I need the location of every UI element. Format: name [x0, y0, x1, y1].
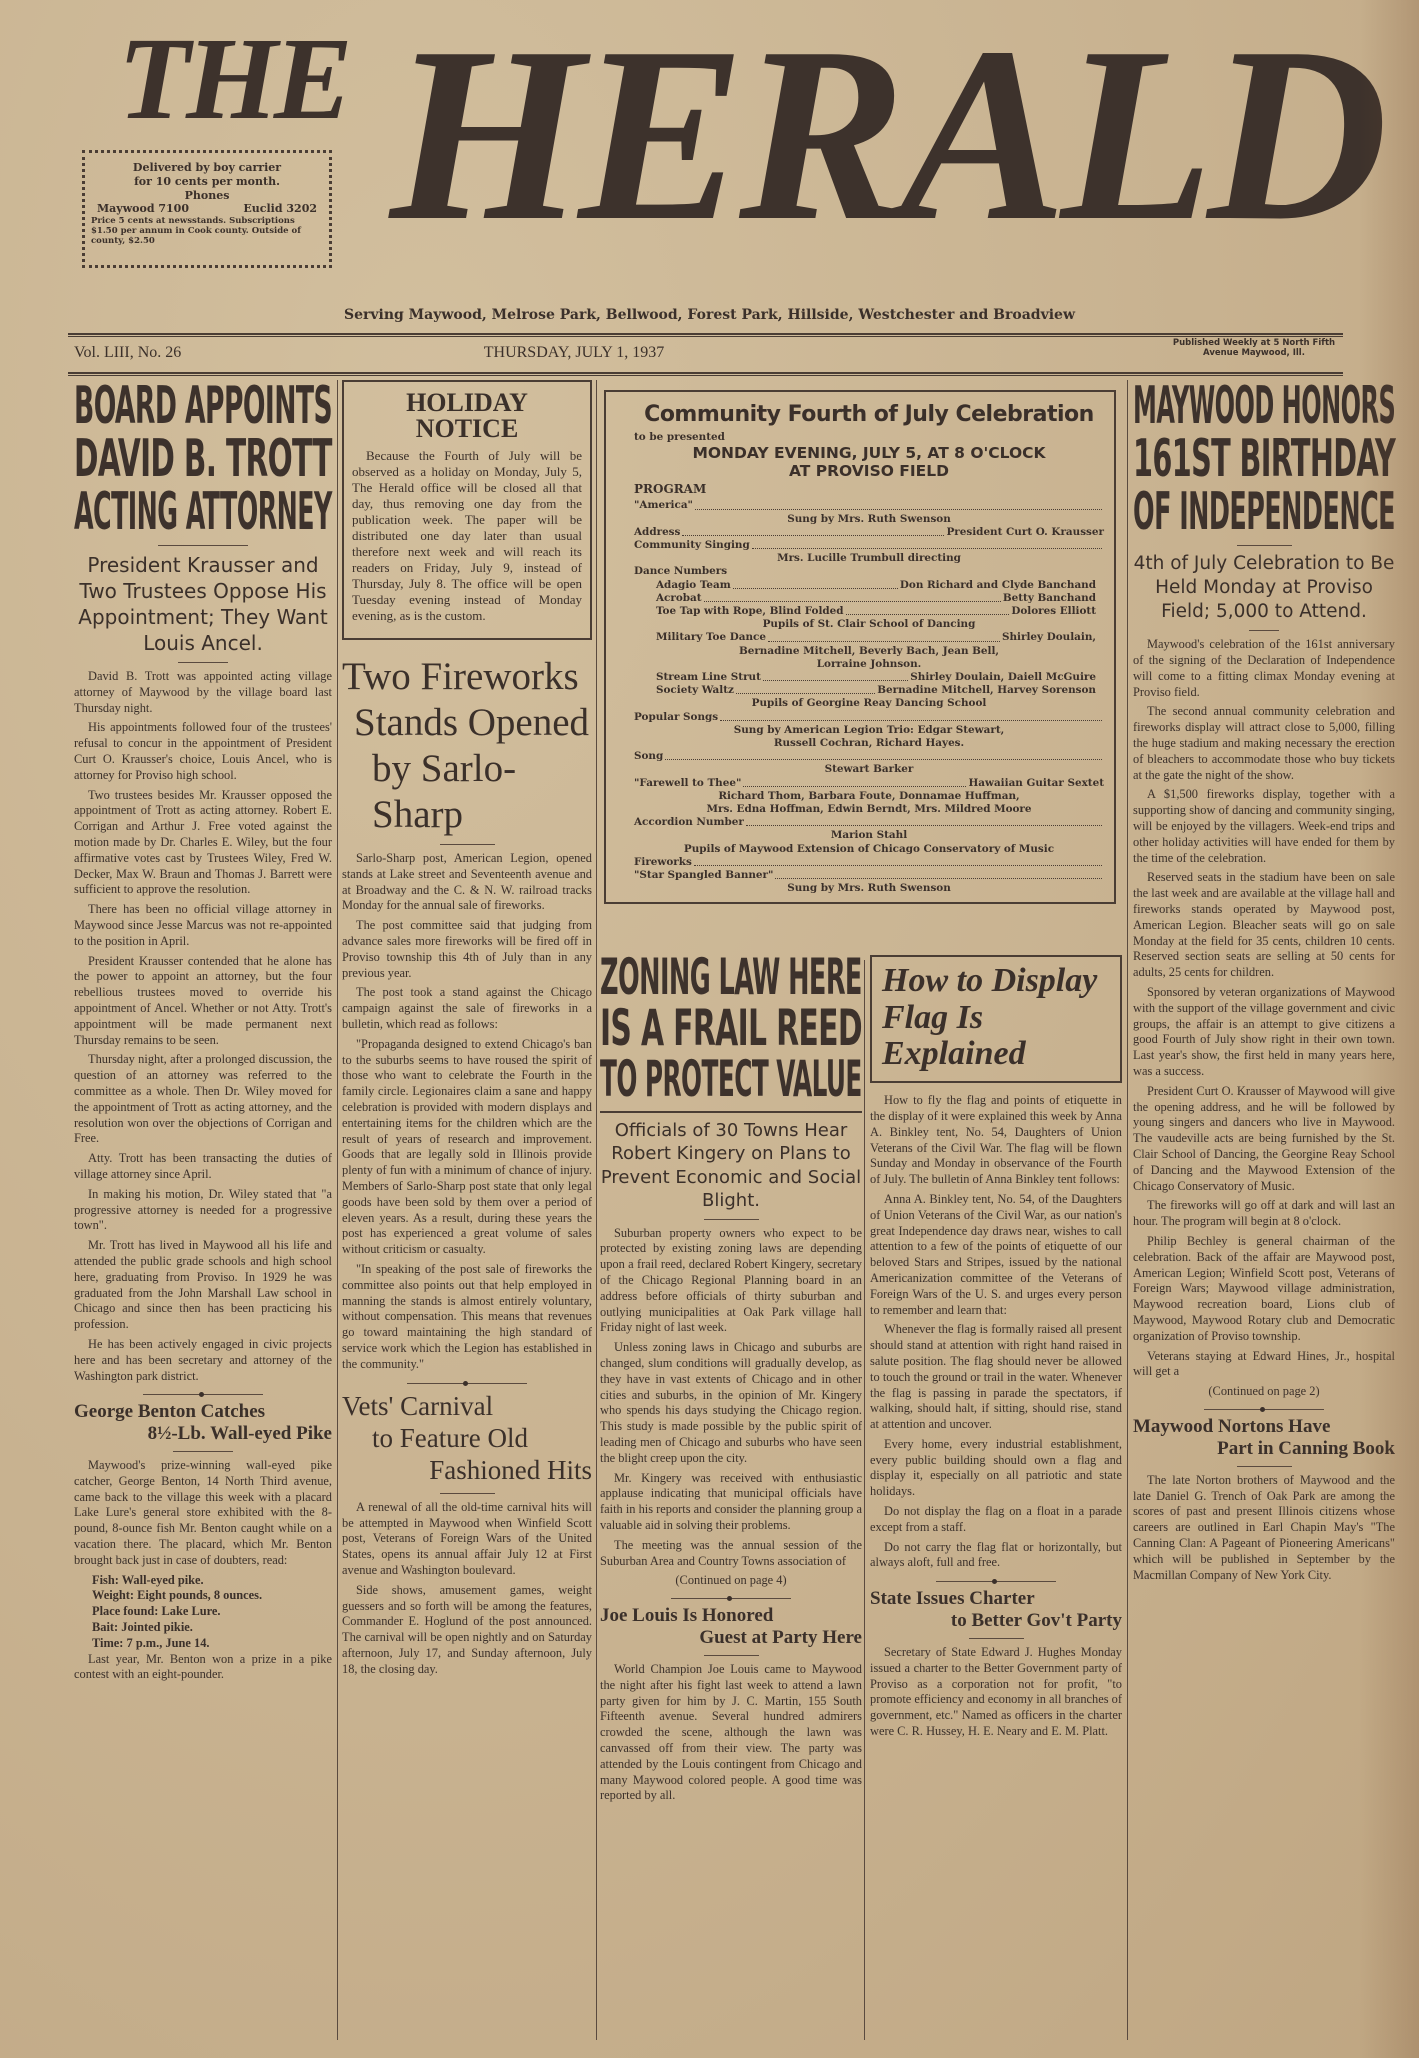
paragraph: A $1,500 fireworks display, together wit…: [1133, 787, 1395, 866]
headline-board-appoints: BOARD APPOINTSDAVID B. TROTTACTING ATTOR…: [74, 380, 332, 539]
paragraph: How to fly the flag and points of etique…: [870, 1093, 1122, 1188]
divider: [440, 1493, 495, 1494]
program-item-label: Community Singing: [634, 539, 750, 552]
paragraph: The second annual community celebration …: [1133, 704, 1395, 783]
paragraph: Side shows, amusement games, weight gues…: [342, 1583, 592, 1678]
program-item: Sung by Mrs. Ruth Swenson: [634, 513, 1104, 526]
paragraph: "Propaganda designed to extend Chicago's…: [342, 1037, 592, 1258]
publication-info: Published Weekly at 5 North Fifth Avenue…: [1164, 338, 1344, 358]
headline-line: Fashioned Hits: [342, 1454, 592, 1486]
column-rule: [337, 380, 338, 2040]
title-line: NOTICE: [352, 416, 582, 442]
divider: [407, 1383, 527, 1384]
program-item-label: "America": [634, 499, 693, 512]
divider: [158, 545, 248, 546]
program-item: "America": [634, 499, 1104, 512]
paragraph: Maywood's prize-winning wall-eyed pike c…: [74, 1458, 332, 1569]
divider: [1204, 1409, 1324, 1410]
headline-line: 8½-Lb. Wall-eyed Pike: [74, 1423, 332, 1445]
paragraph: He has been actively engaged in civic pr…: [74, 1337, 332, 1384]
divider: [704, 1655, 759, 1656]
program-item: Russell Cochran, Richard Hayes.: [634, 737, 1104, 750]
article-body: Maywood's celebration of the 161st anniv…: [1133, 637, 1395, 1380]
program-item: "Star Spangled Banner": [634, 869, 1104, 882]
headline-line: State Issues Charter: [870, 1588, 1122, 1610]
program-item-performer: Betty Banchand: [1003, 592, 1096, 605]
program-item: AddressPresident Curt O. Krausser: [634, 526, 1104, 539]
program-item: Marion Stahl: [634, 829, 1104, 842]
headline-line: ZONING LAW HERE: [600, 952, 862, 1003]
paragraph: Anna A. Binkley tent, No. 54, of the Dau…: [870, 1192, 1122, 1318]
paragraph: "In speaking of the post sale of firewor…: [342, 1262, 592, 1373]
article-body: Secretary of State Edward J. Hughes Mond…: [870, 1645, 1122, 1740]
page-edge-shadow: [1359, 0, 1419, 2058]
program-item: Sung by American Legion Trio: Edgar Stew…: [634, 724, 1104, 737]
placard-list: Fish: Wall-eyed pike.Weight: Eight pound…: [74, 1573, 332, 1652]
headline-line: Explained: [882, 1036, 1110, 1073]
issue-date: THURSDAY, JULY 1, 1937: [74, 344, 1074, 362]
headline-line: Stands Opened: [342, 700, 592, 746]
paragraph: Maywood's celebration of the 161st anniv…: [1133, 637, 1395, 700]
program-item: Richard Thom, Barbara Foute, Donnamae Hu…: [634, 790, 1104, 803]
holiday-notice-title: HOLIDAY NOTICE: [352, 390, 582, 442]
divider: [671, 1598, 791, 1599]
article-maywood-honors: MAYWOOD HONORS161ST BIRTHDAYOF INDEPENDE…: [1133, 380, 1395, 1587]
paragraph: Do not display the flag on a float in a …: [870, 1504, 1122, 1536]
article-flag-display: How to Display Flag Is Explained How to …: [870, 955, 1122, 1744]
article-body: How to fly the flag and points of etique…: [870, 1093, 1122, 1571]
paragraph: Place found: Lake Lure.: [74, 1604, 332, 1620]
paragraph: Thursday night, after a prolonged discus…: [74, 1052, 332, 1147]
program-item: Song: [634, 750, 1104, 763]
article-body: World Champion Joe Louis came to Maywood…: [600, 1662, 862, 1804]
continued-page-4[interactable]: (Continued on page 4): [600, 1573, 862, 1588]
program-items: "America"Sung by Mrs. Ruth SwensonAddres…: [634, 499, 1104, 895]
leader-dots: [665, 759, 1102, 760]
masthead-the: THE: [118, 20, 349, 138]
paragraph: Philip Bechley is general chairman of th…: [1133, 1234, 1395, 1345]
leader-dots: [704, 601, 1001, 602]
program-item-label: Stream Line Strut: [656, 671, 761, 684]
leader-dots: [752, 548, 1102, 549]
program-item: Sung by Mrs. Ruth Swenson: [634, 882, 1104, 895]
paragraph: President Krausser contended that he alo…: [74, 954, 332, 1049]
phone-euclid: Euclid 3202: [243, 202, 317, 216]
program-item: Mrs. Lucille Trumbull directing: [634, 552, 1104, 565]
program-item: Stewart Barker: [634, 763, 1104, 776]
paragraph: Time: 7 p.m., June 14.: [74, 1636, 332, 1652]
program-item: Mrs. Edna Hoffman, Edwin Berndt, Mrs. Mi…: [634, 803, 1104, 816]
leader-dots: [768, 641, 1000, 642]
program-item: Accordion Number: [634, 816, 1104, 829]
program-item-performer: Don Richard and Clyde Banchand: [900, 579, 1096, 592]
headline-line: Flag Is: [882, 1000, 1110, 1037]
paragraph: Sponsored by veteran organizations of Ma…: [1133, 985, 1395, 1080]
program-item-performer: Shirley Doulain, Daiell McGuire: [910, 671, 1096, 684]
program-item: Dance Numbers: [634, 565, 1104, 578]
paragraph: Atty. Trott has been transacting the dut…: [74, 1151, 332, 1183]
program-item-label: Military Toe Dance: [656, 631, 766, 644]
program-item: Bernadine Mitchell, Beverly Bach, Jean B…: [634, 645, 1104, 658]
dateline: Vol. LIII, No. 26 THURSDAY, JULY 1, 1937…: [74, 340, 1344, 366]
paragraph: Sarlo-Sharp post, American Legion, opene…: [342, 851, 592, 914]
holiday-notice-box: HOLIDAY NOTICE Because the Fourth of Jul…: [342, 380, 592, 640]
paragraph: Veterans staying at Edward Hines, Jr., h…: [1133, 1349, 1395, 1381]
paragraph: Suburban property owners who expect to b…: [600, 1226, 862, 1337]
program-label: PROGRAM: [634, 483, 1104, 496]
holiday-notice-body: Because the Fourth of July will be obser…: [352, 448, 582, 624]
headline-line: BOARD APPOINTS: [74, 380, 332, 433]
leader-dots: [695, 509, 1102, 510]
program-item: Pupils of St. Clair School of Dancing: [634, 618, 1104, 631]
serving-line: Serving Maywood, Melrose Park, Bellwood,…: [0, 307, 1419, 323]
paragraph: Mr. Trott has lived in Maywood all his l…: [74, 1238, 332, 1333]
program-item-label: Popular Songs: [634, 711, 718, 724]
headline-line: by Sarlo-Sharp: [342, 746, 592, 838]
program-item-label: Society Waltz: [656, 684, 734, 697]
paragraph: The late Norton brothers of Maywood and …: [1133, 1473, 1395, 1584]
paragraph: Mr. Kingery was received with enthusiast…: [600, 1471, 862, 1534]
headline-maywood-honors: MAYWOOD HONORS161ST BIRTHDAYOF INDEPENDE…: [1133, 380, 1395, 539]
program-item-label: Adagio Team: [656, 579, 731, 592]
delivery-box: Delivered by boy carrier for 10 cents pe…: [82, 150, 332, 268]
program-item: Stream Line StrutShirley Doulain, Daiell…: [634, 671, 1104, 684]
headline-line: OF INDEPENDENCE: [1133, 486, 1395, 539]
title-line: HOLIDAY: [352, 390, 582, 416]
deck-krausser-oppose: President Krausser and Two Trustees Oppo…: [74, 552, 332, 656]
column-rule: [864, 960, 865, 2040]
program-item: Adagio TeamDon Richard and Clyde Banchan…: [634, 579, 1104, 592]
leader-dots: [846, 614, 1010, 615]
article-body: Suburban property owners who expect to b…: [600, 1226, 862, 1570]
headline-line: George Benton Catches: [74, 1401, 332, 1423]
masthead-herald: HERALD: [390, 10, 1382, 260]
paragraph: Two trustees besides Mr. Krausser oppose…: [74, 788, 332, 899]
paragraph: World Champion Joe Louis came to Maywood…: [600, 1662, 862, 1804]
headline-nortons-canning: Maywood Nortons Have Part in Canning Boo…: [1133, 1416, 1395, 1460]
program-item: Military Toe DanceShirley Doulain,: [634, 631, 1104, 644]
paragraph: The post took a stand against the Chicag…: [342, 985, 592, 1032]
phones-label: Phones: [91, 189, 323, 203]
headline-benton-pike: George Benton Catches 8½-Lb. Wall-eyed P…: [74, 1401, 332, 1445]
divider: [143, 1394, 263, 1395]
paragraph: Bait: Jointed pikie.: [74, 1620, 332, 1636]
program-item-label: Fireworks: [634, 856, 692, 869]
delivery-line2: for 10 cents per month.: [91, 175, 323, 189]
paragraph: In making his motion, Dr. Wiley stated t…: [74, 1187, 332, 1234]
program-item: AcrobatBetty Banchand: [634, 592, 1104, 605]
paragraph: Fish: Wall-eyed pike.: [74, 1573, 332, 1589]
article-body: Maywood's prize-winning wall-eyed pike c…: [74, 1458, 332, 1683]
headline-fireworks-stands: Two Fireworks Stands Opened by Sarlo-Sha…: [342, 654, 592, 838]
headline-line: to Better Gov't Party: [870, 1610, 1122, 1632]
leader-dots: [694, 865, 1102, 866]
leader-dots: [775, 878, 1102, 879]
phone-maywood: Maywood 7100: [97, 202, 189, 216]
program-where: AT PROVISO FIELD: [634, 462, 1104, 480]
rule: [600, 1111, 862, 1113]
program-item-performer: President Curt O. Krausser: [946, 526, 1104, 539]
headline-line: Part in Canning Book: [1133, 1438, 1395, 1460]
paragraph: Every home, every industrial establishme…: [870, 1437, 1122, 1500]
program-item: Popular Songs: [634, 711, 1104, 724]
divider: [440, 844, 495, 845]
paragraph: Whenever the flag is formally raised all…: [870, 1322, 1122, 1433]
leader-dots: [736, 693, 875, 694]
program-item-label: Address: [634, 526, 680, 539]
paragraph: The fireworks will go off at dark and wi…: [1133, 1198, 1395, 1230]
paragraph: David B. Trott was appointed acting vill…: [74, 669, 332, 716]
headline-line: IS A FRAIL REED: [600, 1003, 862, 1054]
program-item-label: "Farewell to Thee": [634, 777, 741, 790]
program-item: Lorraine Johnson.: [634, 658, 1104, 671]
article-body: The late Norton brothers of Maywood and …: [1133, 1473, 1395, 1584]
paragraph: Secretary of State Edward J. Hughes Mond…: [870, 1645, 1122, 1740]
program-item: Fireworks: [634, 856, 1104, 869]
price-info: Price 5 cents at newsstands. Subscriptio…: [91, 216, 323, 247]
column-rule: [1127, 380, 1128, 2040]
article-body: Sarlo-Sharp post, American Legion, opene…: [342, 851, 592, 1373]
leader-dots: [733, 588, 898, 589]
paragraph: Weight: Eight pounds, 8 ounces.: [74, 1588, 332, 1604]
divider: [704, 1219, 759, 1220]
headline-zoning-law: ZONING LAW HEREIS A FRAIL REEDTO PROTECT…: [600, 952, 862, 1105]
headline-line: Maywood Nortons Have: [1133, 1416, 1395, 1438]
headline-flag-display: How to Display Flag Is Explained: [870, 955, 1122, 1083]
leader-dots: [682, 535, 944, 536]
headline-line: TO PROTECT VALUE: [600, 1054, 862, 1105]
program-item-performer: Bernadine Mitchell, Harvey Sorenson: [877, 684, 1096, 697]
divider: [969, 1638, 1024, 1639]
column-rule: [596, 380, 597, 2040]
paragraph: There has been no official village attor…: [74, 902, 332, 949]
headline-line: MAYWOOD HONORS: [1133, 380, 1395, 433]
continued-page-2[interactable]: (Continued on page 2): [1133, 1384, 1395, 1399]
program-item: Toe Tap with Rope, Blind FoldedDolores E…: [634, 605, 1104, 618]
headline-line: ACTING ATTORNEY: [74, 486, 332, 539]
paragraph: The post committee said that judging fro…: [342, 918, 592, 981]
paragraph: Reserved seats in the stadium have been …: [1133, 870, 1395, 981]
article-body: David B. Trott was appointed acting vill…: [74, 669, 332, 1384]
article-body: A renewal of all the old-time carnival h…: [342, 1500, 592, 1678]
program-item-label: Accordion Number: [634, 816, 744, 829]
paragraph: Last year, Mr. Benton won a prize in a p…: [74, 1652, 332, 1684]
paragraph: President Curt O. Krausser of Maywood wi…: [1133, 1084, 1395, 1195]
divider: [936, 1581, 1056, 1582]
program-item-performer: Dolores Elliott: [1011, 605, 1096, 618]
leader-dots: [763, 680, 908, 681]
paragraph: Do not carry the flag flat or horizontal…: [870, 1540, 1122, 1572]
program-item: Community Singing: [634, 539, 1104, 552]
program-item: Society WaltzBernadine Mitchell, Harvey …: [634, 684, 1104, 697]
program-item: Pupils of Maywood Extension of Chicago C…: [634, 843, 1104, 856]
rule: [68, 372, 1343, 374]
leader-dots: [720, 720, 1102, 721]
paragraph: His appointments followed four of the tr…: [74, 720, 332, 783]
article-zoning-law: ZONING LAW HEREIS A FRAIL REEDTO PROTECT…: [600, 952, 862, 1808]
deck-kingery-plans: Officials of 30 Towns Hear Robert Kinger…: [600, 1119, 862, 1213]
divider: [1249, 630, 1279, 631]
headline-line: Vets' Carnival: [342, 1390, 592, 1422]
headline-line: Joe Louis Is Honored: [600, 1605, 862, 1627]
headline-line: Two Fireworks: [342, 654, 592, 700]
divider: [173, 1451, 233, 1452]
leader-dots: [743, 786, 966, 787]
program-item: "Farewell to Thee"Hawaiian Guitar Sextet: [634, 777, 1104, 790]
headline-joe-louis: Joe Louis Is Honored Guest at Party Here: [600, 1605, 862, 1649]
program-presented: to be presented: [634, 431, 1104, 444]
headline-line: How to Display: [882, 963, 1110, 1000]
program-item-performer: Shirley Doulain,: [1002, 631, 1096, 644]
rule: [68, 333, 1343, 335]
divider: [1237, 545, 1292, 546]
leader-dots: [746, 825, 1102, 826]
paragraph: Because the Fourth of July will be obser…: [352, 448, 582, 624]
program-item-performer: Hawaiian Guitar Sextet: [968, 777, 1104, 790]
rule: [68, 336, 1343, 337]
program-item-label: Song: [634, 750, 663, 763]
paragraph: The meeting was the annual session of th…: [600, 1538, 862, 1570]
headline-line: DAVID B. TROTT: [74, 433, 332, 486]
newspaper-page: THE HERALD Delivered by boy carrier for …: [0, 0, 1419, 2058]
celebration-program-box: Community Fourth of July Celebration to …: [604, 390, 1116, 904]
program-item-label: Toe Tap with Rope, Blind Folded: [656, 605, 844, 618]
program-item: Pupils of Georgine Reay Dancing School: [634, 697, 1104, 710]
headline-line: Guest at Party Here: [600, 1627, 862, 1649]
paragraph: A renewal of all the old-time carnival h…: [342, 1500, 592, 1579]
program-when: MONDAY EVENING, JULY 5, AT 8 O'CLOCK: [634, 444, 1104, 462]
divider: [1237, 1466, 1292, 1467]
deck-celebration-monday: 4th of July Celebration to Be Held Monda…: [1133, 552, 1395, 624]
divider: [178, 662, 228, 663]
headline-line: 161ST BIRTHDAY: [1133, 433, 1395, 486]
headline-state-charter: State Issues Charter to Better Gov't Par…: [870, 1588, 1122, 1632]
paragraph: Unless zoning laws in Chicago and suburb…: [600, 1340, 862, 1466]
program-item-label: "Star Spangled Banner": [634, 869, 773, 882]
program-item-label: Acrobat: [656, 592, 702, 605]
article-board-appoints-trott: BOARD APPOINTSDAVID B. TROTTACTING ATTOR…: [74, 380, 332, 1687]
column-2: HOLIDAY NOTICE Because the Fourth of Jul…: [342, 380, 592, 1682]
program-title: Community Fourth of July Celebration: [634, 402, 1104, 427]
headline-vets-carnival: Vets' Carnival to Feature Old Fashioned …: [342, 1390, 592, 1487]
delivery-line1: Delivered by boy carrier: [91, 161, 323, 175]
headline-line: to Feature Old: [342, 1422, 592, 1454]
